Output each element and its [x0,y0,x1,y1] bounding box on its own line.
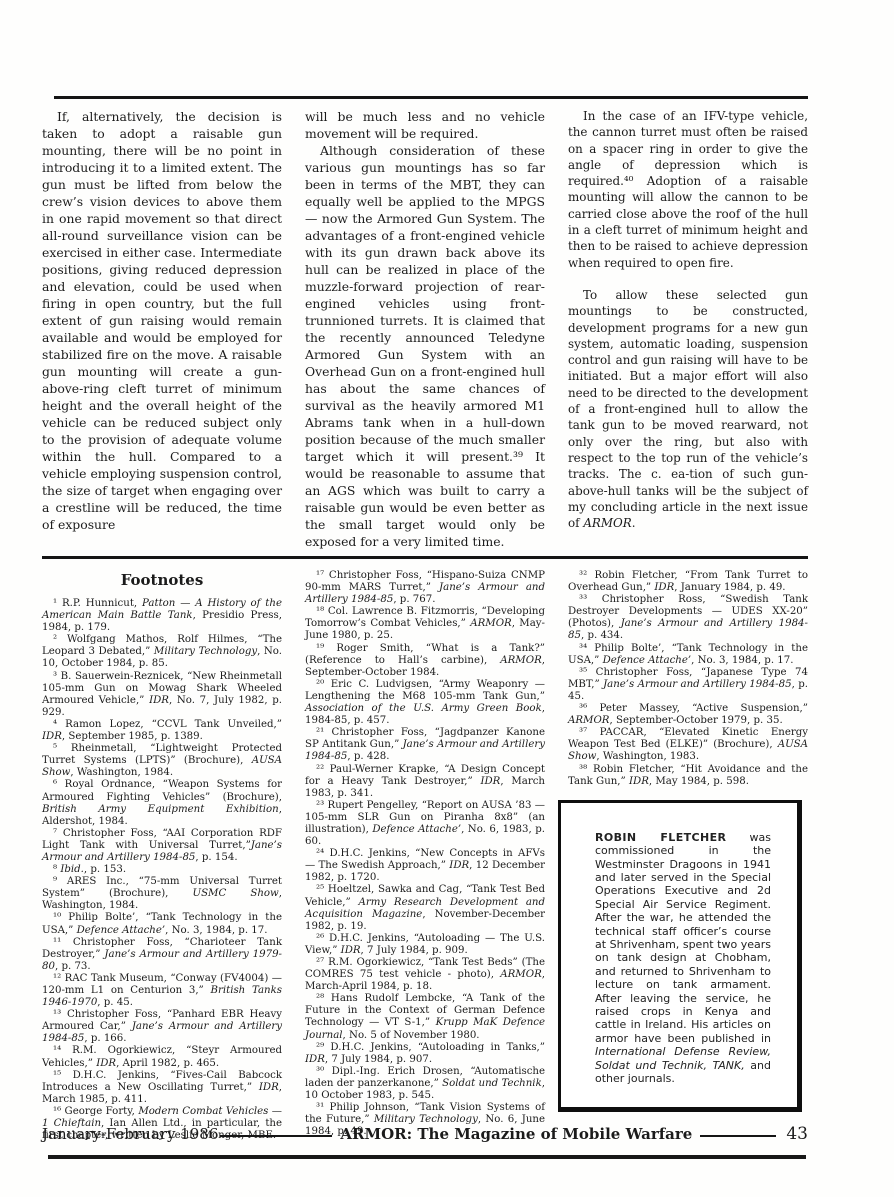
body-paragraph: If, alternatively, the decision is taken… [42,108,282,533]
footnote: ¹⁷ Christopher Foss, “Hispano-Suiza CNMP… [305,570,545,606]
footnote: ⁷ Christopher Foss, “AAI Corporation RDF… [42,828,282,864]
footer-rule-left [220,1135,332,1137]
top-rule [54,96,808,99]
footnote: ³² Robin Fletcher, “From Tank Turret to … [568,570,808,594]
bio-author-name: ROBIN FLETCHER [595,831,726,844]
footnote: ³⁸ Robin Fletcher, “Hit Avoidance and th… [568,764,808,788]
footnote: ²⁶ D.H.C. Jenkins, “Autoloading — The U.… [305,933,545,957]
body-paragraph: In the case of an IFV-type vehicle, the … [568,108,808,271]
footnote: ²⁷ R.M. Ogorkiewicz, “Tank Test Beds” (T… [305,957,545,993]
footnote: ¹¹ Christopher Foss, “Charioteer Tank De… [42,937,282,973]
footnotes-column-3: ³² Robin Fletcher, “From Tank Turret to … [568,570,808,1142]
footnote: ¹⁹ Roger Smith, “What is a Tank?” (Refer… [305,643,545,679]
footnotes-heading: Footnotes [42,570,282,590]
footnotes-column-2: ¹⁷ Christopher Foss, “Hispano-Suiza CNMP… [305,570,545,1142]
footnote: ²⁰ Eric C. Ludvigsen, “Army Weaponry — L… [305,679,545,727]
footnote: ²⁴ D.H.C. Jenkins, “New Concepts in AFVs… [305,848,545,884]
footnotes-column-1: Footnotes ¹ R.P. Hunnicut, Patton — A Hi… [42,570,282,1142]
body-paragraph: Although consideration of these various … [305,142,545,550]
footnote: ²⁵ Hoeltzel, Sawka and Cag, “Tank Test B… [305,884,545,932]
footnote: ¹⁸ Col. Lawrence B. Fitzmorris, “Develop… [305,606,545,642]
footnote: ³⁵ Christopher Foss, “Japanese Type 74 M… [568,667,808,703]
footnote: ¹⁴ R.M. Ogorkiewicz, “Steyr Armoured Veh… [42,1045,282,1069]
footnote: ¹⁰ Philip Bolte’, “Tank Technology in th… [42,912,282,936]
footnote: ²³ Rupert Pengelley, “Report on AUSA ’83… [305,800,545,848]
footer-magazine-title: ARMOR: The Magazine of Mobile Warfare [340,1124,692,1144]
article-column-3: In the case of an IFV-type vehicle, the … [568,108,808,550]
footnotes-list-1: ¹ R.P. Hunnicut, Patton — A History of t… [42,598,282,1142]
footnote: ³ B. Sauerwein-Reznicek, “New Rheinmetal… [42,671,282,719]
footnote: ³³ Christopher Ross, “Swedish Tank Destr… [568,594,808,642]
footnote: ¹² RAC Tank Museum, “Conway (FV4004) — 1… [42,973,282,1009]
body-paragraph: To allow these selected gun mountings to… [568,287,808,531]
footnote: ³⁷ PACCAR, “Elevated Kinetic Energy Weap… [568,727,808,763]
footnote: ¹ R.P. Hunnicut, Patton — A History of t… [42,598,282,634]
footnote: ⁶ Royal Ordnance, “Weapon Systems for Ar… [42,779,282,827]
article-column-1: If, alternatively, the decision is taken… [42,108,282,550]
footnote: ¹³ Christopher Foss, “Panhard EBR Heavy … [42,1009,282,1045]
section-divider-rule [42,556,808,559]
footnote: ²¹ Christopher Foss, “Jagdpanzer Kanone … [305,727,545,763]
footnote: ⁴ Ramon Lopez, “CCVL Tank Unveiled,” IDR… [42,719,282,743]
footnote: ²⁸ Hans Rudolf Lembcke, “A Tank of the F… [305,993,545,1041]
footnotes-list-2: ¹⁷ Christopher Foss, “Hispano-Suiza CNMP… [305,570,545,1138]
article-column-2: will be much less and no vehicle movemen… [305,108,545,550]
body-paragraph: will be much less and no vehicle movemen… [305,108,545,142]
page-footer: January-February 1986 ARMOR: The Magazin… [42,1124,808,1144]
bio-body-text: was commissioned in the Westminster Drag… [595,831,771,1085]
bottom-rule [48,1155,806,1159]
footer-page-number: 43 [786,1124,808,1144]
footnote: ²⁹ D.H.C. Jenkins, “Autoloading in Tanks… [305,1042,545,1066]
article-body: If, alternatively, the decision is taken… [42,108,808,550]
footnote: ³⁰ Dipl.-Ing. Erich Drosen, “Automatisch… [305,1066,545,1102]
footnote: ³⁴ Philip Bolte’, “Tank Technology in th… [568,643,808,667]
footnotes-list-3: ³² Robin Fletcher, “From Tank Turret to … [568,570,808,788]
magazine-page: If, alternatively, the decision is taken… [0,0,894,1197]
footnote: ⁵ Rheinmetall, “Lightweight Protected Tu… [42,743,282,779]
author-bio-box: ROBIN FLETCHER was commissioned in the W… [558,800,802,1113]
bio-text: ROBIN FLETCHER was commissioned in the W… [595,831,771,1086]
footnote: ²² Paul-Werner Krapke, “A Design Concept… [305,764,545,800]
footnote: ³⁶ Peter Massey, “Active Suspension,” AR… [568,703,808,727]
footnote: ⁹ ARES Inc., “75-mm Universal Turret Sys… [42,876,282,912]
footnotes-section: Footnotes ¹ R.P. Hunnicut, Patton — A Hi… [42,570,808,1142]
footnote: ⁸ Ibid., p. 153. [42,864,282,876]
footer-rule-right [700,1135,776,1137]
page-content: If, alternatively, the decision is taken… [42,108,808,1142]
footnote: ¹⁵ D.H.C. Jenkins, “Fives-Cail Babcock I… [42,1070,282,1106]
footnote: ² Wolfgang Mathos, Rolf Hilmes, “The Leo… [42,634,282,670]
footer-issue-date: January-February 1986 [42,1124,218,1144]
